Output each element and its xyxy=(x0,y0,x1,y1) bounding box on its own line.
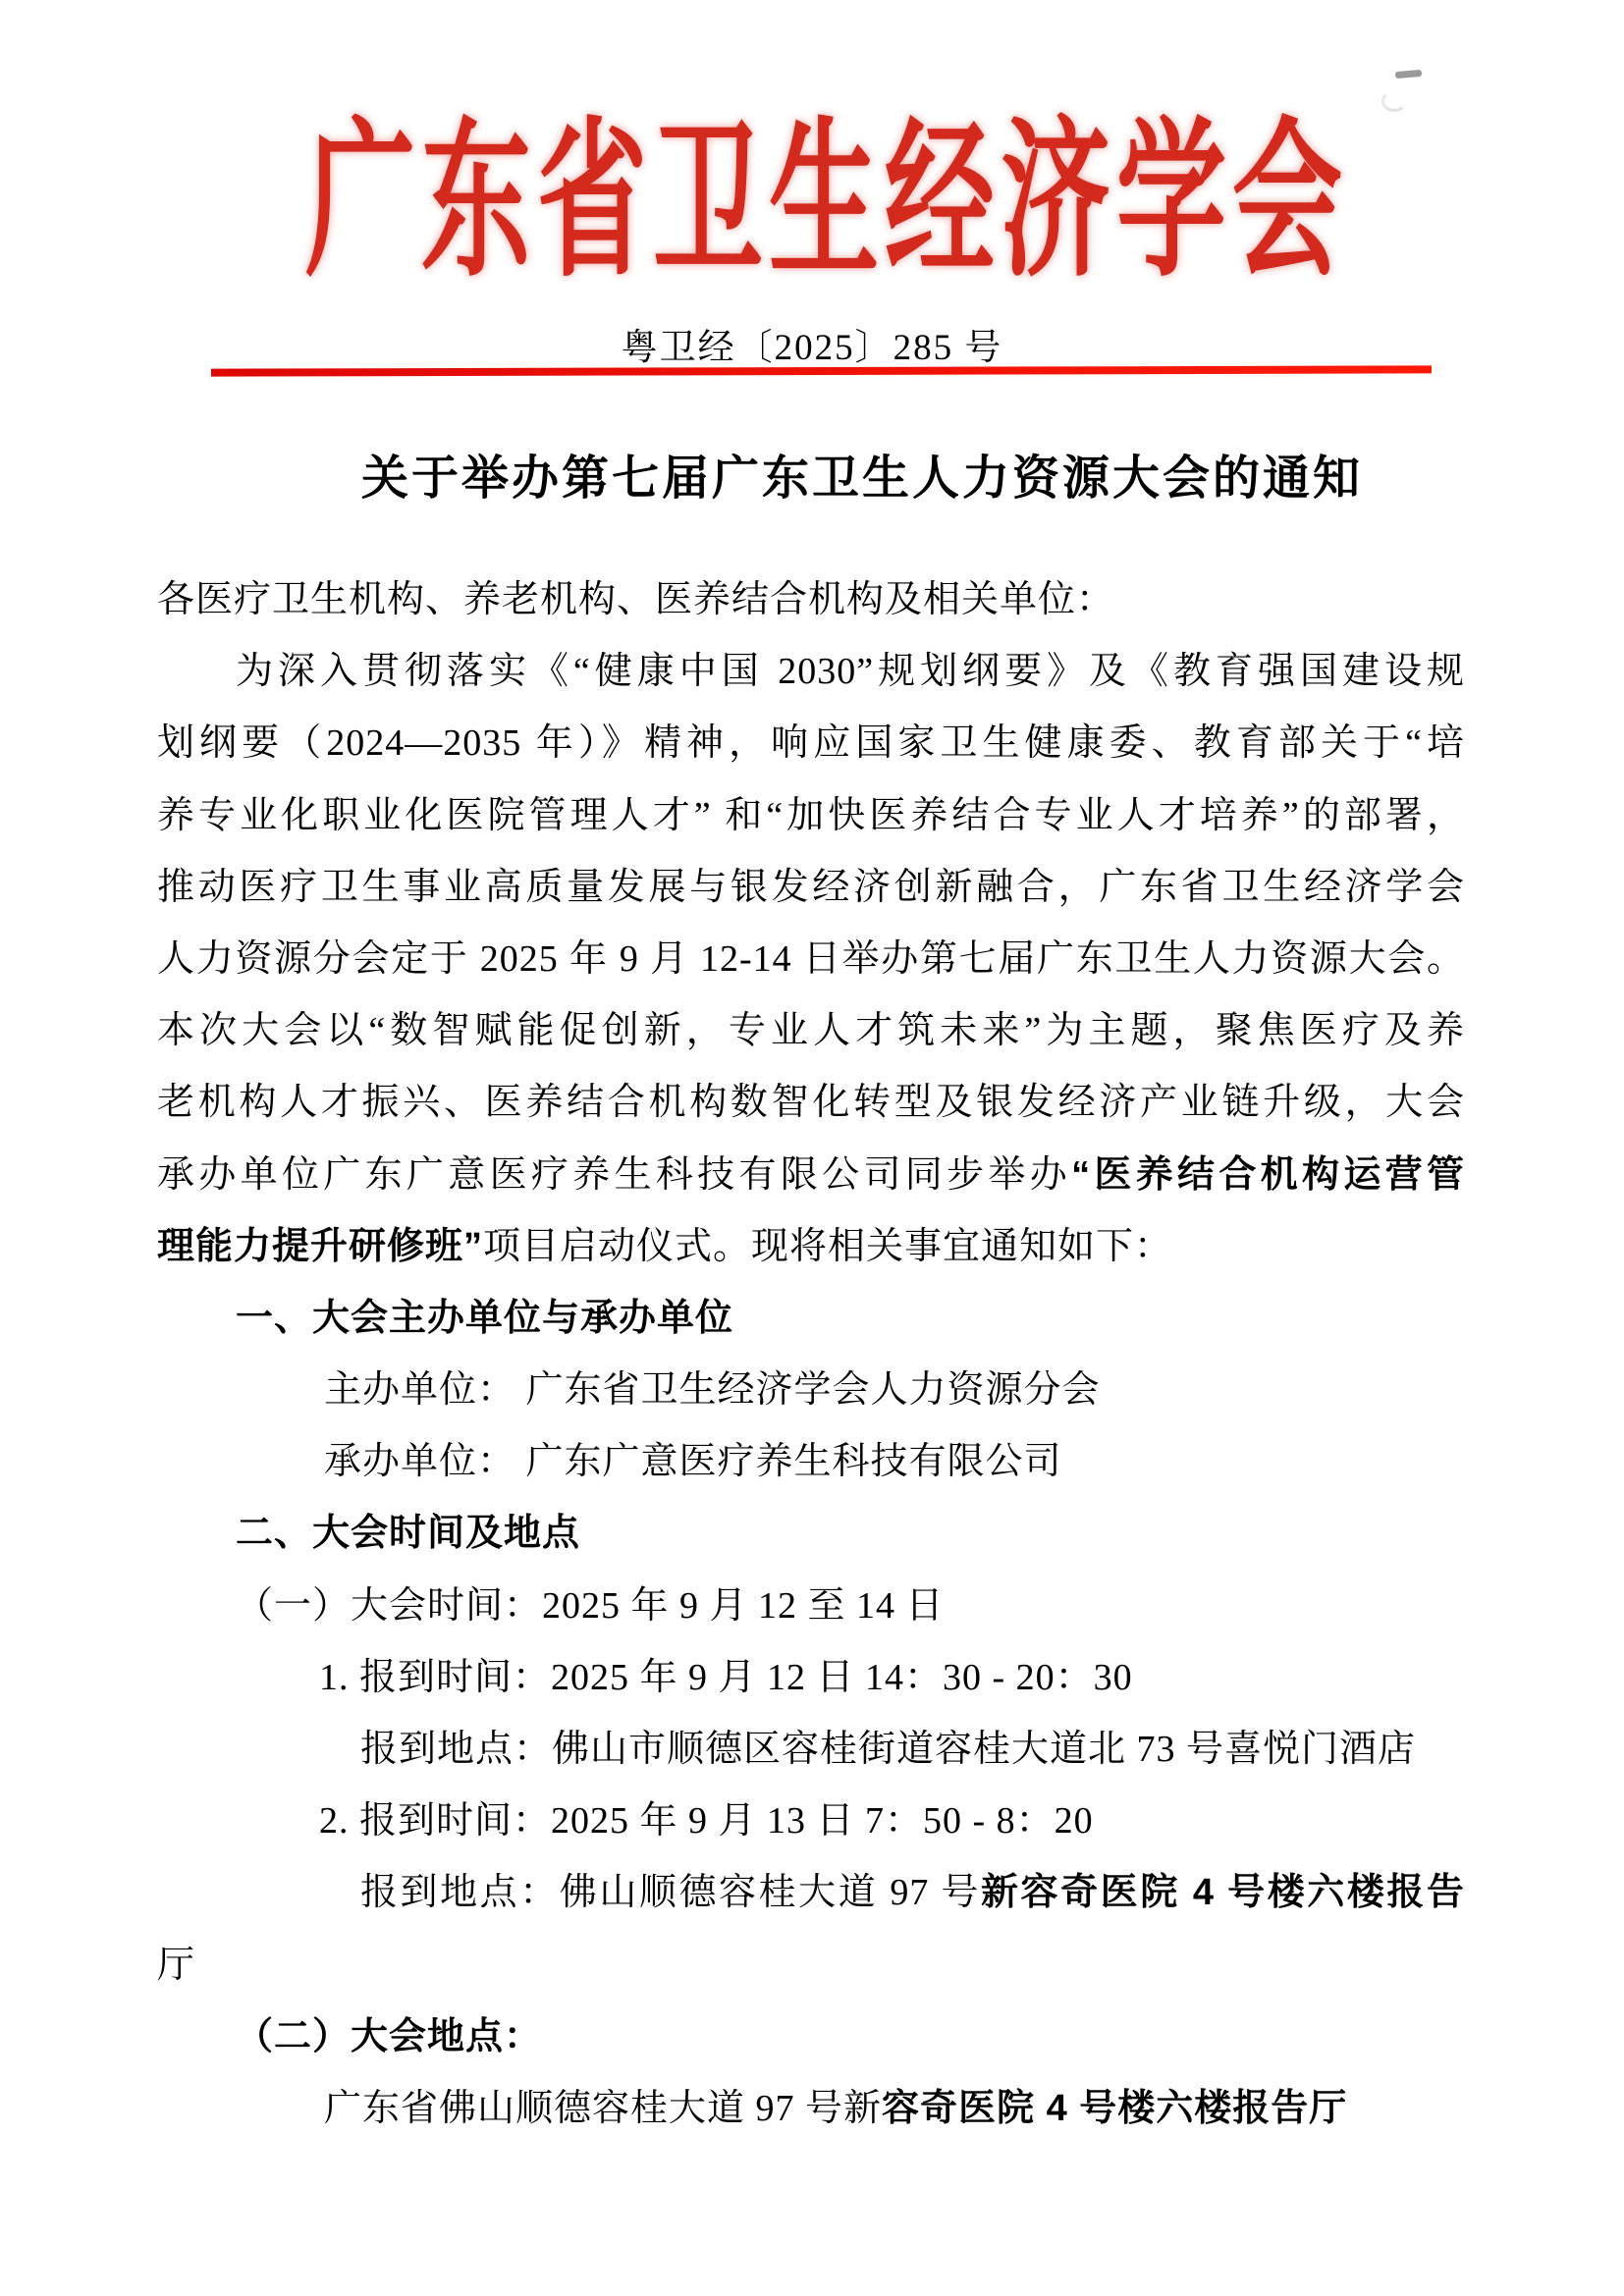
document-page: 广东省卫生经济学会 粤卫经〔2025〕285 号 关于举办第七届广东卫生人力资源… xyxy=(0,0,1624,2296)
text-line: 广东省佛山顺德容桂大道 97 号新容奇医院 4 号楼六楼报告厅 xyxy=(157,2073,1465,2145)
text-run: 承办单位广东广意医疗养生科技有限公司同步举办 xyxy=(157,1154,1071,1196)
text-line: 2. 报到时间：2025 年 9 月 13 日 7：50 - 8：20 xyxy=(157,1786,1465,1857)
text-run: 推动医疗卫生事业高质量发展与银发经济创新融合，广东省卫生经济学会 xyxy=(157,867,1465,908)
text-line: 主办单位： 广东省卫生经济学会人力资源分会 xyxy=(157,1355,1465,1426)
bold-text-run: （二）大会地点： xyxy=(236,2016,542,2057)
bold-text-run: 容奇医院 4 号楼六楼报告厅 xyxy=(882,2088,1347,2129)
text-run: 承办单位： 广东广意医疗养生科技有限公司 xyxy=(324,1441,1062,1482)
text-run: （一）大会时间：2025 年 9 月 12 至 14 日 xyxy=(236,1585,945,1627)
text-run: 项目启动仪式。现将相关事宜通知如下： xyxy=(483,1226,1172,1267)
text-line: 本次大会以“数智赋能促创新，专业人才筑未来”为主题，聚焦医疗及养 xyxy=(157,995,1465,1067)
text-line: 养专业化职业化医院管理人才” 和“加快医养结合专业人才培养”的部署， xyxy=(157,780,1465,852)
text-run: 报到地点：佛山市顺德区容桂街道容桂大道北 73 号喜悦门酒店 xyxy=(360,1729,1416,1770)
text-line: 承办单位： 广东广意医疗养生科技有限公司 xyxy=(157,1426,1465,1498)
document-number: 粤卫经〔2025〕285 号 xyxy=(0,317,1624,370)
text-line: （一）大会时间：2025 年 9 月 12 至 14 日 xyxy=(157,1571,1465,1642)
bold-text-run: 理能力提升研修班” xyxy=(157,1226,483,1267)
text-run: 为深入贯彻落实《“健康中国 2030”规划纲要》及《教育强国建设规 xyxy=(236,651,1465,692)
bold-text-run: “医养结合机构运营管 xyxy=(1071,1154,1465,1196)
text-line: 老机构人才振兴、医养结合机构数智化转型及银发经济产业链升级，大会 xyxy=(157,1067,1465,1139)
bold-text-run: 新容奇医院 4 号楼六楼报告 xyxy=(981,1872,1465,1913)
text-line: 报到地点：佛山市顺德区容桂街道容桂大道北 73 号喜悦门酒店 xyxy=(157,1714,1465,1786)
text-line: 厅 xyxy=(157,1930,1465,2002)
text-line: 各医疗卫生机构、养老机构、医养结合机构及相关单位： xyxy=(157,564,1465,636)
text-run: 本次大会以“数智赋能促创新，专业人才筑未来”为主题，聚焦医疗及养 xyxy=(157,1010,1465,1051)
org-name-calligraphy: 广东省卫生经济学会 xyxy=(15,65,1624,310)
text-line: 推动医疗卫生事业高质量发展与银发经济创新融合，广东省卫生经济学会 xyxy=(157,852,1465,924)
text-run: 划纲要（2024—2035 年）》精神，响应国家卫生健康委、教育部关于“培 xyxy=(157,722,1465,764)
text-run: 广东省佛山顺德容桂大道 97 号新 xyxy=(324,2088,882,2129)
text-line: 报到地点：佛山顺德容桂大道 97 号新容奇医院 4 号楼六楼报告 xyxy=(157,1857,1465,1929)
text-run: 人力资源分会定于 2025 年 9 月 12-14 日举办第七届广东卫生人力资源… xyxy=(157,938,1465,980)
page-title: 关于举办第七届广东卫生人力资源大会的通知 xyxy=(208,440,1516,507)
bold-text-run: 二、大会时间及地点 xyxy=(236,1513,580,1554)
text-run: 主办单位： 广东省卫生经济学会人力资源分会 xyxy=(324,1369,1101,1411)
text-line: 为深入贯彻落实《“健康中国 2030”规划纲要》及《教育强国建设规 xyxy=(157,636,1465,708)
text-line: 承办单位广东广意医疗养生科技有限公司同步举办“医养结合机构运营管 xyxy=(157,1140,1465,1211)
text-line: 1. 报到时间：2025 年 9 月 12 日 14：30 - 20：30 xyxy=(157,1642,1465,1714)
text-line: （二）大会地点： xyxy=(157,2002,1465,2073)
bold-text-run: 一、大会主办单位与承办单位 xyxy=(236,1298,733,1339)
text-run: 各医疗卫生机构、养老机构、医养结合机构及相关单位： xyxy=(157,579,1114,620)
text-line: 理能力提升研修班”项目启动仪式。现将相关事宜通知如下： xyxy=(157,1211,1465,1283)
text-run: 2. 报到时间：2025 年 9 月 13 日 7：50 - 8：20 xyxy=(319,1800,1094,1842)
text-run: 老机构人才振兴、医养结合机构数智化转型及银发经济产业链升级，大会 xyxy=(157,1082,1465,1123)
text-line: 划纲要（2024—2035 年）》精神，响应国家卫生健康委、教育部关于“培 xyxy=(157,708,1465,779)
text-run: 1. 报到时间：2025 年 9 月 12 日 14：30 - 20：30 xyxy=(319,1657,1133,1698)
text-run: 报到地点：佛山顺德容桂大道 97 号 xyxy=(360,1872,981,1913)
text-run: 养专业化职业化医院管理人才” 和“加快医养结合专业人才培养”的部署， xyxy=(157,795,1465,836)
text-run: 厅 xyxy=(157,1945,195,1986)
text-line: 二、大会时间及地点 xyxy=(157,1498,1465,1570)
document-body: 各医疗卫生机构、养老机构、医养结合机构及相关单位：为深入贯彻落实《“健康中国 2… xyxy=(157,564,1465,2145)
text-line: 人力资源分会定于 2025 年 9 月 12-14 日举办第七届广东卫生人力资源… xyxy=(157,924,1465,995)
text-line: 一、大会主办单位与承办单位 xyxy=(157,1283,1465,1355)
